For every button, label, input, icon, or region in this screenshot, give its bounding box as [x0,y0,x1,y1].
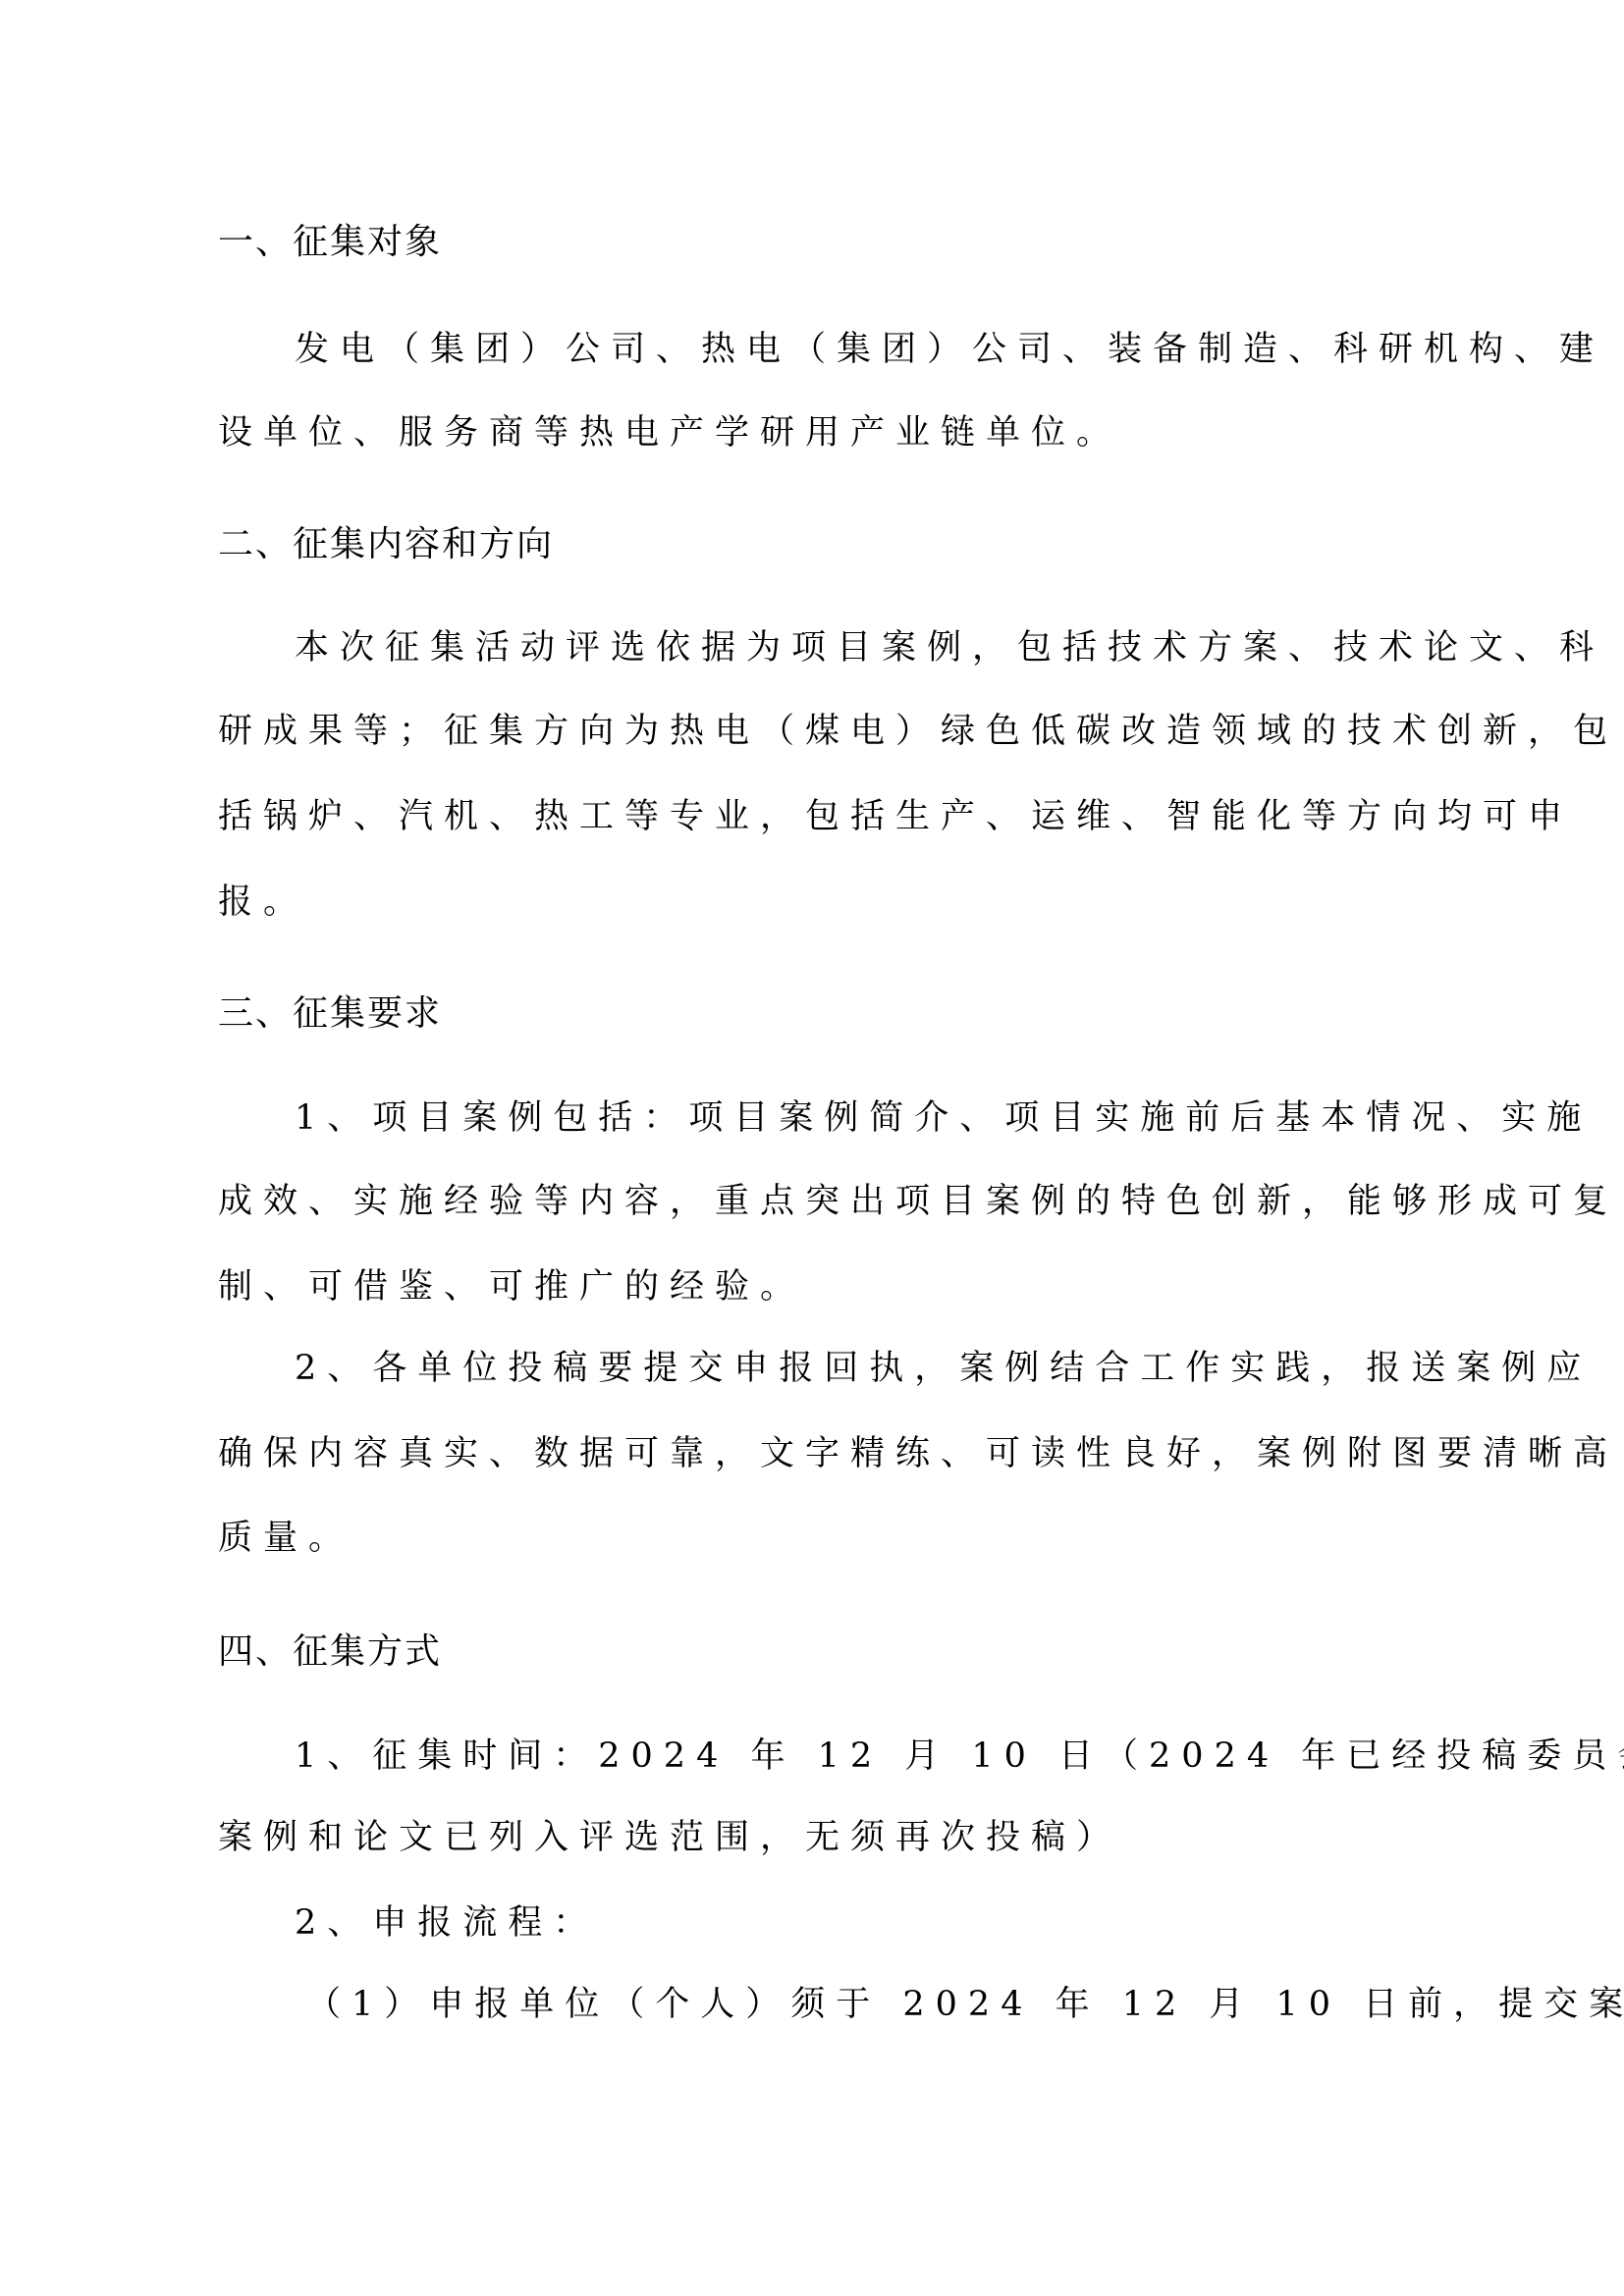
paragraph-line: 2、申报流程： [295,1906,598,1941]
paragraph-line: 括锅炉、汽机、热工等专业，包括生产、运维、智能化等方向均可申 [218,800,1573,834]
document-page: 一、征集对象 发电（集团）公司、热电（集团）公司、装备制造、科研机构、建 设单位… [0,0,1624,2296]
paragraph-line: 制、可借鉴、可推广的经验。 [218,1270,805,1305]
section-heading-1: 一、征集对象 [218,225,442,260]
paragraph-line: 设单位、服务商等热电产学研用产业链单位。 [218,416,1121,451]
paragraph-line: 质量。 [218,1522,353,1556]
section-heading-3: 三、征集要求 [218,996,442,1032]
section-heading-4: 四、征集方式 [218,1634,442,1670]
paragraph-line: 确保内容真实、数据可靠，文字精练、可读性良好，案例附图要清晰高 [218,1437,1618,1471]
paragraph-line: 案例和论文已列入评选范围，无须再次投稿） [218,1821,1121,1855]
paragraph-line: 研成果等；征集方向为热电（煤电）绿色低碳改造领域的技术创新，包 [218,715,1618,749]
paragraph-line: 报。 [218,885,308,920]
paragraph-line: 发电（集团）公司、热电（集团）公司、装备制造、科研机构、建 [295,333,1604,367]
paragraph-line: 1、项目案例包括：项目案例简介、项目实施前后基本情况、实施 [295,1101,1592,1136]
section-heading-2: 二、征集内容和方向 [218,527,554,562]
paragraph-line: 1、征集时间：2024 年 12 月 10 日（2024 年已经投稿委员会的项目 [295,1739,1624,1774]
paragraph-line: 本次征集活动评选依据为项目案例，包括技术方案、技术论文、科 [295,631,1604,666]
paragraph-line: 2、各单位投稿要提交申报回执，案例结合工作实践，报送案例应 [295,1352,1592,1386]
paragraph-line: 成效、实施经验等内容，重点突出项目案例的特色创新，能够形成可复 [218,1185,1618,1219]
paragraph-line: （1）申报单位（个人）须于 2024 年 12 月 10 日前，提交案例的 [306,1988,1624,2022]
